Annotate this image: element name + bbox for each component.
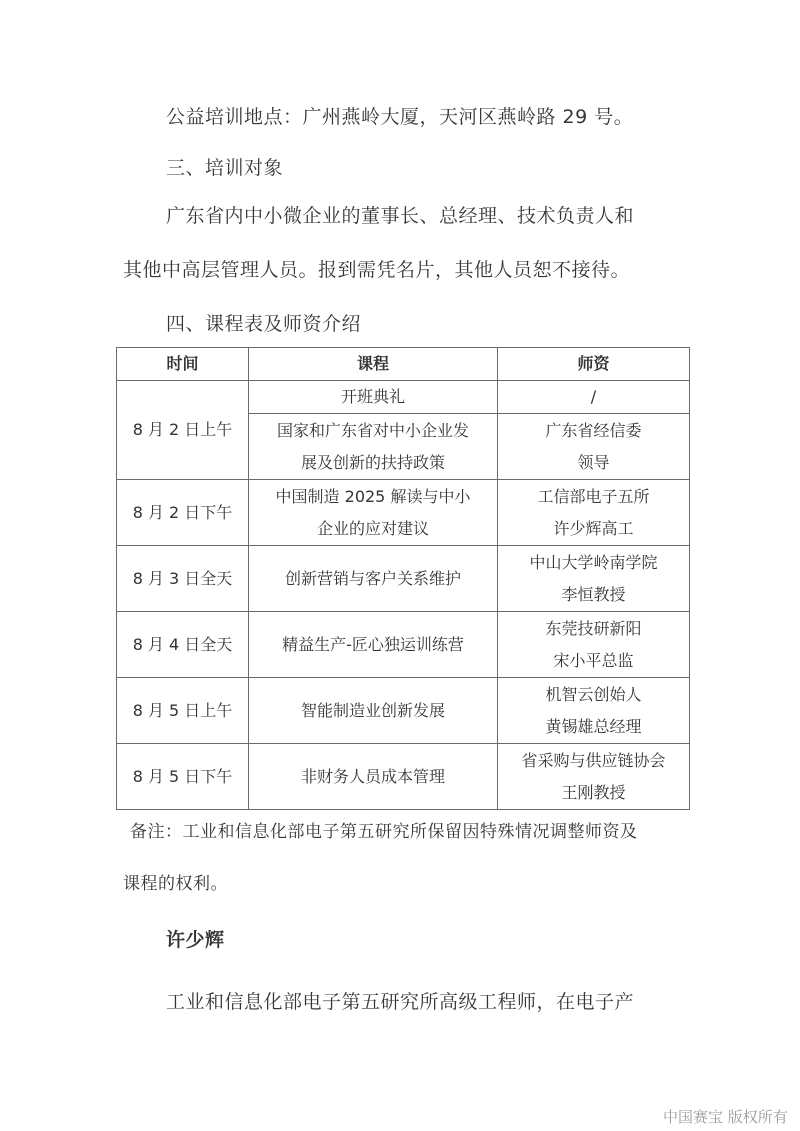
teacher-cell: 中山大学岭南学院李恒教授 <box>498 546 690 612</box>
course-cell: 开班典礼 <box>249 381 498 414</box>
table-row: 8 月 2 日下午 中国制造 2025 解读与中小企业的应对建议 工信部电子五所… <box>117 480 690 546</box>
teacher-line: 黄锡雄总经理 <box>502 711 685 743</box>
course-cell: 智能制造业创新发展 <box>249 678 498 744</box>
course-line: 国家和广东省对中小企业发 <box>253 415 493 447</box>
table-row: 8 月 2 日上午 开班典礼 / <box>117 381 690 414</box>
table-row: 8 月 5 日下午 非财务人员成本管理 省采购与供应链协会王刚教授 <box>117 744 690 810</box>
schedule-table: 时间 课程 师资 8 月 2 日上午 开班典礼 / 国家和广东省对中小企业发展及… <box>116 347 690 810</box>
header-teacher: 师资 <box>498 348 690 381</box>
course-cell: 非财务人员成本管理 <box>249 744 498 810</box>
teacher-line: 李恒教授 <box>502 579 685 611</box>
audience-paragraph-line2: 其他中高层管理人员。报到需凭名片，其他人员恕不接待。 <box>123 255 630 282</box>
course-cell: 创新营销与客户关系维护 <box>249 546 498 612</box>
course-cell: 精益生产-匠心独运训练营 <box>249 612 498 678</box>
course-line: 企业的应对建议 <box>253 513 493 545</box>
teacher-cell: 广东省经信委领导 <box>498 414 690 480</box>
header-course: 课程 <box>249 348 498 381</box>
teacher-line: 领导 <box>502 447 685 479</box>
audience-paragraph-line1: 广东省内中小微企业的董事长、总经理、技术负责人和 <box>166 201 634 228</box>
teacher-line: 机智云创始人 <box>502 679 685 711</box>
teacher-cell: 工信部电子五所许少辉高工 <box>498 480 690 546</box>
copyright-watermark: 中国赛宝 版权所有 <box>663 1106 788 1127</box>
time-cell: 8 月 2 日下午 <box>117 480 249 546</box>
time-cell: 8 月 2 日上午 <box>117 381 249 480</box>
teacher-line: 广东省经信委 <box>502 415 685 447</box>
table-header-row: 时间 课程 师资 <box>117 348 690 381</box>
teacher-line: 工信部电子五所 <box>502 481 685 513</box>
teacher-line: 东莞技研新阳 <box>502 613 685 645</box>
header-time: 时间 <box>117 348 249 381</box>
time-cell: 8 月 3 日全天 <box>117 546 249 612</box>
teacher-line: 省采购与供应链协会 <box>502 745 685 777</box>
course-cell: 国家和广东省对中小企业发展及创新的扶持政策 <box>249 414 498 480</box>
time-cell: 8 月 5 日下午 <box>117 744 249 810</box>
table-row: 8 月 3 日全天 创新营销与客户关系维护 中山大学岭南学院李恒教授 <box>117 546 690 612</box>
teacher-line: 宋小平总监 <box>502 645 685 677</box>
time-cell: 8 月 5 日上午 <box>117 678 249 744</box>
bio-text-line1: 工业和信息化部电子第五研究所高级工程师，在电子产 <box>166 987 634 1014</box>
teacher-cell: 省采购与供应链协会王刚教授 <box>498 744 690 810</box>
bio-name: 许少辉 <box>166 925 225 952</box>
course-line: 展及创新的扶持政策 <box>253 447 493 479</box>
note-line2: 课程的权利。 <box>123 869 228 894</box>
teacher-line: 中山大学岭南学院 <box>502 547 685 579</box>
note-line1: 备注：工业和信息化部电子第五研究所保留因特殊情况调整师资及 <box>130 817 638 842</box>
teacher-line: 王刚教授 <box>502 777 685 809</box>
teacher-cell: 东莞技研新阳宋小平总监 <box>498 612 690 678</box>
course-line: 中国制造 2025 解读与中小 <box>253 481 493 513</box>
table-row: 8 月 5 日上午 智能制造业创新发展 机智云创始人黄锡雄总经理 <box>117 678 690 744</box>
time-cell: 8 月 4 日全天 <box>117 612 249 678</box>
teacher-line: 许少辉高工 <box>502 513 685 545</box>
section-heading-audience: 三、培训对象 <box>166 153 283 180</box>
teacher-cell: / <box>498 381 690 414</box>
section-heading-schedule: 四、课程表及师资介绍 <box>166 309 361 336</box>
location-paragraph: 公益培训地点：广州燕岭大厦，天河区燕岭路 29 号。 <box>166 102 633 129</box>
teacher-cell: 机智云创始人黄锡雄总经理 <box>498 678 690 744</box>
course-cell: 中国制造 2025 解读与中小企业的应对建议 <box>249 480 498 546</box>
table-row: 8 月 4 日全天 精益生产-匠心独运训练营 东莞技研新阳宋小平总监 <box>117 612 690 678</box>
